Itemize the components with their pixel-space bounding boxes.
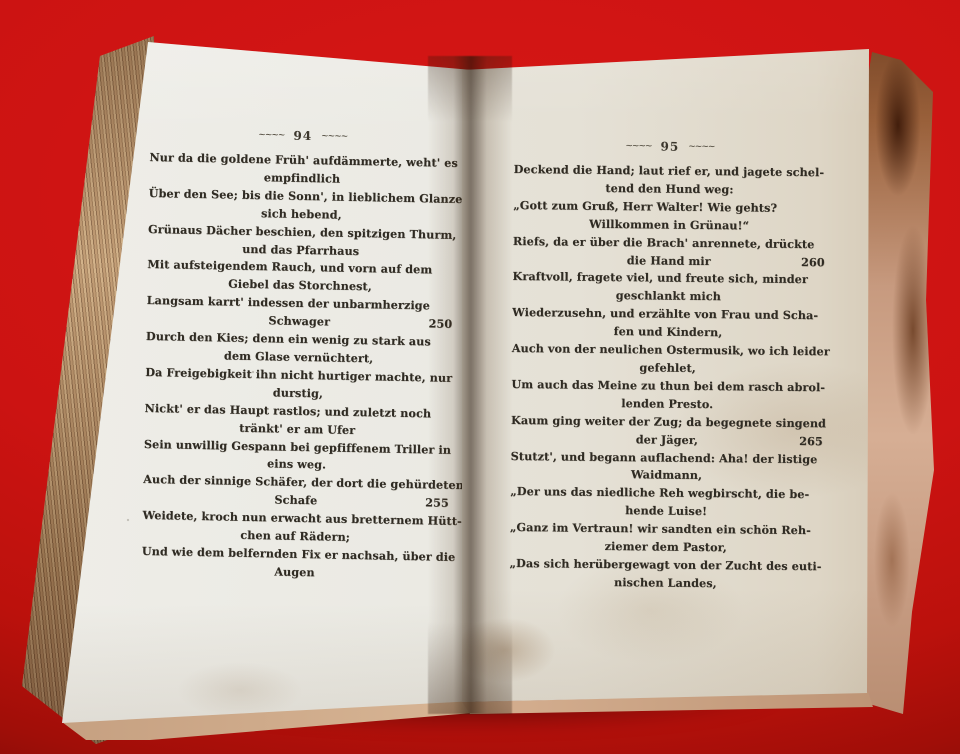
verse-continuation-text: tränkt' er am Ufer (239, 420, 355, 436)
verse-continuation: die Hand mir260 (513, 251, 825, 272)
page-94-header: ~~~~ 94 ~~~~ (150, 126, 456, 146)
verse-continuation-text: Schafe (274, 493, 317, 508)
verse-continuation-text: lenden Presto. (621, 396, 713, 411)
verse-line: Über den See; bis die Sonn', in lieblich… (148, 185, 455, 227)
header-ornament-right: ~~~~ (321, 132, 347, 141)
verse-continuation: lenden Presto. (511, 394, 823, 415)
verse-line: Kraftvoll, fragete viel, und freute sich… (512, 268, 824, 307)
verse-line: Da Freigebigkeit ihn nicht hurtiger mach… (145, 364, 452, 406)
verse-continuation: tend den Hund weg: (513, 179, 825, 200)
verse-continuation: hende Luise! (510, 501, 822, 522)
verse-line: Deckend die Hand; laut rief er, und jage… (513, 161, 825, 200)
verse-line: Kaum ging weiter der Zug; da begegnete s… (511, 412, 823, 451)
page-94-content: ~~~~ 94 ~~~~ Nur da die goldene Früh' au… (141, 126, 456, 585)
verse-line: Grünaus Dächer beschien, den spitzigen T… (147, 221, 454, 263)
photo-scene: ~~~~ 94 ~~~~ Nur da die goldene Früh' au… (0, 0, 960, 754)
verse-line: „Gott zum Gruß, Herr Walter! Wie gehts?W… (513, 197, 825, 236)
verse-line: Auch der sinnige Schäfer, der dort die g… (143, 471, 450, 513)
verse-continuation-text: durstig, (273, 385, 323, 400)
verse-line: Nickt' er das Haupt rastlos; und zuletzt… (144, 400, 451, 442)
verse-continuation-text: Willkommen in Grünau!“ (589, 217, 749, 233)
verse-continuation-text: Augen (274, 564, 315, 579)
verse-line-number: 265 (799, 433, 823, 451)
page-number-94: 94 (293, 129, 312, 143)
page-94-verses: Nur da die goldene Früh' aufdämmerte, we… (141, 149, 455, 585)
verse-continuation-text: nischen Landes, (614, 575, 717, 590)
verse-line: Mit aufsteigendem Rauch, und vorn auf de… (147, 256, 454, 298)
verse-continuation-text: der Jäger, (636, 432, 698, 447)
verse-continuation-text: die Hand mir (627, 253, 711, 268)
verse-continuation-text: eins weg. (267, 457, 326, 472)
verse-line: Weidete, kroch nun erwacht aus bretterne… (142, 507, 449, 549)
verse-continuation-text: geschlankt mich (616, 288, 721, 303)
verse-continuation-text: sich hebend, (261, 206, 342, 222)
verse-line-number: 260 (801, 254, 825, 272)
verse-continuation-text: chen auf Rädern; (240, 528, 350, 544)
verse-line: Nur da die goldene Früh' aufdämmerte, we… (149, 149, 456, 191)
verse-continuation-text: tend den Hund weg: (605, 181, 733, 196)
verse-line: Und wie dem belfernden Fix er nachsah, ü… (141, 543, 448, 585)
verse-line: Durch den Kies; denn ein wenig zu stark … (145, 328, 452, 370)
page-95-content: ~~~~ 95 ~~~~ Deckend die Hand; laut rief… (509, 138, 826, 594)
verse-continuation: nischen Landes, (509, 573, 821, 594)
verse-continuation-text: empfindlich (264, 170, 341, 185)
verse-continuation-text: hende Luise! (625, 503, 707, 518)
verse-line: Um auch das Meine zu thun bei dem rasch … (511, 376, 823, 415)
header-ornament-left: ~~~~ (258, 131, 284, 140)
verse-line: Stutzt', und begann auflachend: Aha! der… (510, 447, 822, 486)
verse-continuation: der Jäger,265 (511, 430, 823, 451)
verse-continuation: gefehlet, (512, 358, 824, 379)
verse-continuation-text: dem Glase vernüchtert, (224, 348, 373, 365)
verse-continuation-text: Giebel das Storchnest, (228, 277, 372, 294)
verse-continuation-text: Schwager (268, 313, 330, 328)
verse-continuation: Willkommen in Grünau!“ (513, 215, 825, 236)
page-95-header: ~~~~ 95 ~~~~ (514, 138, 826, 155)
verse-continuation: Waidmann, (510, 465, 822, 486)
verse-line: Sein unwillig Gespann bei gepfiffenem Tr… (143, 435, 450, 477)
verse-continuation-text: ziemer dem Pastor, (605, 539, 727, 554)
verse-line: Langsam karrt' indessen der unbarmherzig… (146, 292, 453, 334)
verse-continuation-text: und das Pfarrhaus (242, 241, 359, 257)
verse-line: Auch von der neulichen Ostermusik, wo ic… (512, 340, 824, 379)
verse-continuation: geschlankt mich (512, 286, 824, 307)
page-number-95: 95 (660, 140, 679, 154)
page-95-verses: Deckend die Hand; laut rief er, und jage… (509, 161, 825, 594)
verse-line: „Das sich herübergewagt von der Zucht de… (509, 555, 821, 594)
verse-continuation: ziemer dem Pastor, (510, 537, 822, 558)
verse-line: „Der uns das niedliche Reh wegbirscht, d… (510, 483, 822, 522)
book-gutter-shadow (428, 56, 512, 714)
verse-line: Wiederzusehn, und erzählte von Frau und … (512, 304, 824, 343)
verse-continuation-text: Waidmann, (631, 468, 702, 483)
verse-continuation-text: gefehlet, (639, 360, 695, 375)
verse-continuation-text: fen und Kindern, (614, 324, 723, 339)
verse-continuation: fen und Kindern, (512, 322, 824, 343)
verse-line: „Ganz im Vertraun! wir sandten ein schön… (510, 519, 822, 558)
verse-line: Riefs, da er über die Brach' anrennete, … (513, 233, 825, 272)
header-ornament-left: ~~~~ (625, 142, 651, 150)
header-ornament-right: ~~~~ (688, 143, 714, 151)
